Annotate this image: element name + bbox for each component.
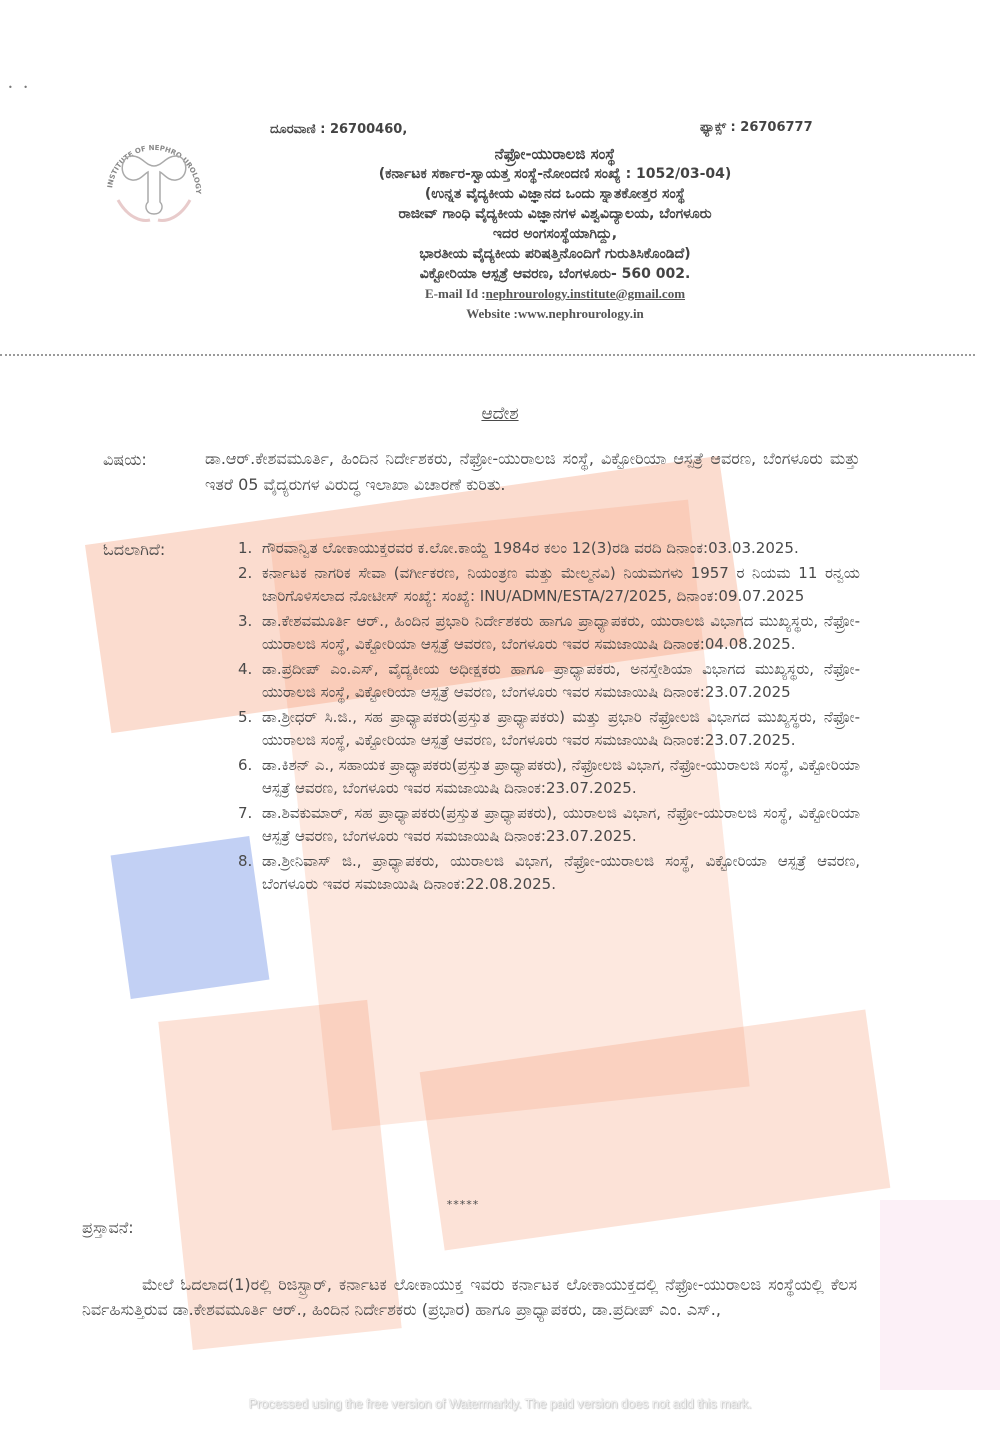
reference-number: 6. (238, 754, 252, 777)
reference-text: ಡಾ.ಕಿಶನ್ ಎ., ಸಹಾಯಕ ಪ್ರಾಧ್ಯಾಪಕರು(ಪ್ರಸ್ತುತ… (262, 756, 860, 797)
letterhead-divider (0, 354, 975, 356)
reference-text: ಡಾ.ಪ್ರದೀಪ್ ಎಂ.ಎಸ್, ವೈದ್ಯಕೀಯ ಅಧೀಕ್ಷಕರು ಹಾ… (262, 660, 860, 701)
subject-label: ವಿಷಯ: (103, 450, 147, 470)
reference-item: 8.ಡಾ.ಶ್ರೀನಿವಾಸ್ ಜಿ., ಪ್ರಾಧ್ಯಾಪಕರು, ಯುರಾಲ… (222, 850, 860, 896)
reference-text: ಗೌರವಾನ್ವಿತ ಲೋಕಾಯುಕ್ತರವರ ಕ.ಲೋ.ಕಾಯ್ದೆ 1984… (262, 539, 799, 557)
watermark-block-orange-right (420, 1010, 891, 1251)
subject-text: ಡಾ.ಆರ್.ಕೇಶವಮೂರ್ತಿ, ಹಿಂದಿನ ನಿರ್ದೇಶಕರು, ನೆ… (205, 446, 860, 498)
reference-number: 5. (238, 706, 252, 729)
reference-number: 8. (238, 850, 252, 873)
email-label: E-mail Id : (425, 286, 486, 301)
reference-item: 4.ಡಾ.ಪ್ರದೀಪ್ ಎಂ.ಎಸ್, ವೈದ್ಯಕೀಯ ಅಧೀಕ್ಷಕರು … (222, 658, 860, 704)
letterhead-line: (ಕರ್ನಾಟಕ ಸರ್ಕಾರ-ಸ್ವಾಯತ್ತ ಸಂಸ್ಥೆ-ನೋಂದಣಿ ಸ… (230, 164, 880, 184)
kidney-emblem-icon: INSTITUTE OF NEPHRO UROLOGY (98, 122, 210, 227)
reference-item: 5.ಡಾ.ಶ್ರೀಧರ್ ಸಿ.ಜಿ., ಸಹ ಪ್ರಾಧ್ಯಾಪಕರು(ಪ್ರ… (222, 706, 860, 752)
reference-text: ಕರ್ನಾಟಕ ನಾಗರಿಕ ಸೇವಾ (ವರ್ಗೀಕರಣ, ನಿಯಂತ್ರಣ … (262, 564, 860, 605)
reference-number: 1. (238, 537, 252, 560)
letterhead-line: ಭಾರತೀಯ ವೈದ್ಯಕೀಯ ಪರಿಷತ್ತಿನೊಂದಿಗೆ ಗುರುತಿಸಿ… (230, 244, 880, 264)
letterhead-line: ಇದರ ಅಂಗಸಂಸ್ಥೆಯಾಗಿದ್ದು, (230, 224, 880, 244)
website-label: Website : (466, 306, 518, 321)
references-label: ಓದಲಾಗಿದೆ: (103, 540, 165, 560)
reference-item: 6.ಡಾ.ಕಿಶನ್ ಎ., ಸಹಾಯಕ ಪ್ರಾಧ್ಯಾಪಕರು(ಪ್ರಸ್ತ… (222, 754, 860, 800)
reference-item: 7.ಡಾ.ಶಿವಕುಮಾರ್, ಸಹ ಪ್ರಾಧ್ಯಾಪಕರು(ಪ್ರಸ್ತುತ… (222, 802, 860, 848)
fax-number: ಫ್ಯಾಕ್ಸ್ : 26706777 (700, 120, 813, 135)
reference-number: 3. (238, 610, 252, 633)
letterhead: ದೂರವಾಣಿ : 26700460, ಫ್ಯಾಕ್ಸ್ : 26706777 … (230, 120, 880, 324)
institute-name: ನೆಫ್ರೋ-ಯುರಾಲಜಿ ಸಂಸ್ಥೆ (230, 144, 880, 164)
website-link[interactable]: www.nephrourology.in (518, 306, 644, 321)
letterhead-line: (ಉನ್ನತ ವೈದ್ಯಕೀಯ ವಿಜ್ಞಾನದ ಒಂದು ಸ್ನಾತಕೋತ್ತ… (230, 184, 880, 204)
reference-text: ಡಾ.ಶ್ರೀನಿವಾಸ್ ಜಿ., ಪ್ರಾಧ್ಯಾಪಕರು, ಯುರಾಲಜಿ… (262, 852, 860, 893)
preamble-heading: ಪ್ರಸ್ತಾವನೆ: (82, 1218, 134, 1238)
reference-number: 2. (238, 562, 252, 585)
reference-item: 1.ಗೌರವಾನ್ವಿತ ಲೋಕಾಯುಕ್ತರವರ ಕ.ಲೋ.ಕಾಯ್ದೆ 19… (222, 537, 860, 560)
watermark-block-pink (880, 1200, 1000, 1390)
phone-number: ದೂರವಾಣಿ : 26700460, (270, 122, 407, 137)
preamble-text: ಮೇಲೆ ಓದಲಾದ(1)ರಲ್ಲಿ ರಿಜಿಸ್ಟ್ರಾರ್, ಕರ್ನಾಟಕ… (82, 1272, 857, 1322)
order-title: ಆದೇಶ (0, 404, 1000, 424)
contact-row: ದೂರವಾಣಿ : 26700460, ಫ್ಯಾಕ್ಸ್ : 26706777 (230, 120, 880, 144)
website-row: Website :www.nephrourology.in (230, 304, 880, 324)
reference-text: ಡಾ.ಶಿವಕುಮಾರ್, ಸಹ ಪ್ರಾಧ್ಯಾಪಕರು(ಪ್ರಸ್ತುತ ಪ… (262, 804, 860, 845)
institute-logo: INSTITUTE OF NEPHRO UROLOGY (98, 122, 210, 227)
references-list: 1.ಗೌರವಾನ್ವಿತ ಲೋಕಾಯುಕ್ತರವರ ಕ.ಲೋ.ಕಾಯ್ದೆ 19… (222, 537, 860, 898)
section-separator: ***** (0, 1198, 926, 1211)
email-link[interactable]: nephrourology.institute@gmail.com (486, 286, 685, 301)
letterhead-line: ರಾಜೀವ್ ಗಾಂಧಿ ವೈದ್ಯಕೀಯ ವಿಜ್ಞಾನಗಳ ವಿಶ್ವವಿದ… (230, 204, 880, 224)
reference-item: 3.ಡಾ.ಕೇಶವಮೂರ್ತಿ ಆರ್., ಹಿಂದಿನ ಪ್ರಭಾರಿ ನಿರ… (222, 610, 860, 656)
watermark-footer-text: Processed using the free version of Wate… (0, 1396, 1000, 1411)
reference-item: 2.ಕರ್ನಾಟಕ ನಾಗರಿಕ ಸೇವಾ (ವರ್ಗೀಕರಣ, ನಿಯಂತ್ರ… (222, 562, 860, 608)
reference-number: 7. (238, 802, 252, 825)
scan-marks: • • (8, 83, 32, 92)
reference-text: ಡಾ.ಶ್ರೀಧರ್ ಸಿ.ಜಿ., ಸಹ ಪ್ರಾಧ್ಯಾಪಕರು(ಪ್ರಸ್… (262, 708, 860, 749)
letterhead-address: ವಿಕ್ಟೋರಿಯಾ ಆಸ್ಪತ್ರೆ ಆವರಣ, ಬೆಂಗಳೂರು- 560 … (230, 264, 880, 284)
reference-text: ಡಾ.ಕೇಶವಮೂರ್ತಿ ಆರ್., ಹಿಂದಿನ ಪ್ರಭಾರಿ ನಿರ್ದ… (262, 612, 860, 653)
email-row: E-mail Id :nephrourology.institute@gmail… (230, 284, 880, 304)
svg-text:INSTITUTE OF NEPHRO UROLOGY: INSTITUTE OF NEPHRO UROLOGY (106, 144, 202, 195)
reference-number: 4. (238, 658, 252, 681)
